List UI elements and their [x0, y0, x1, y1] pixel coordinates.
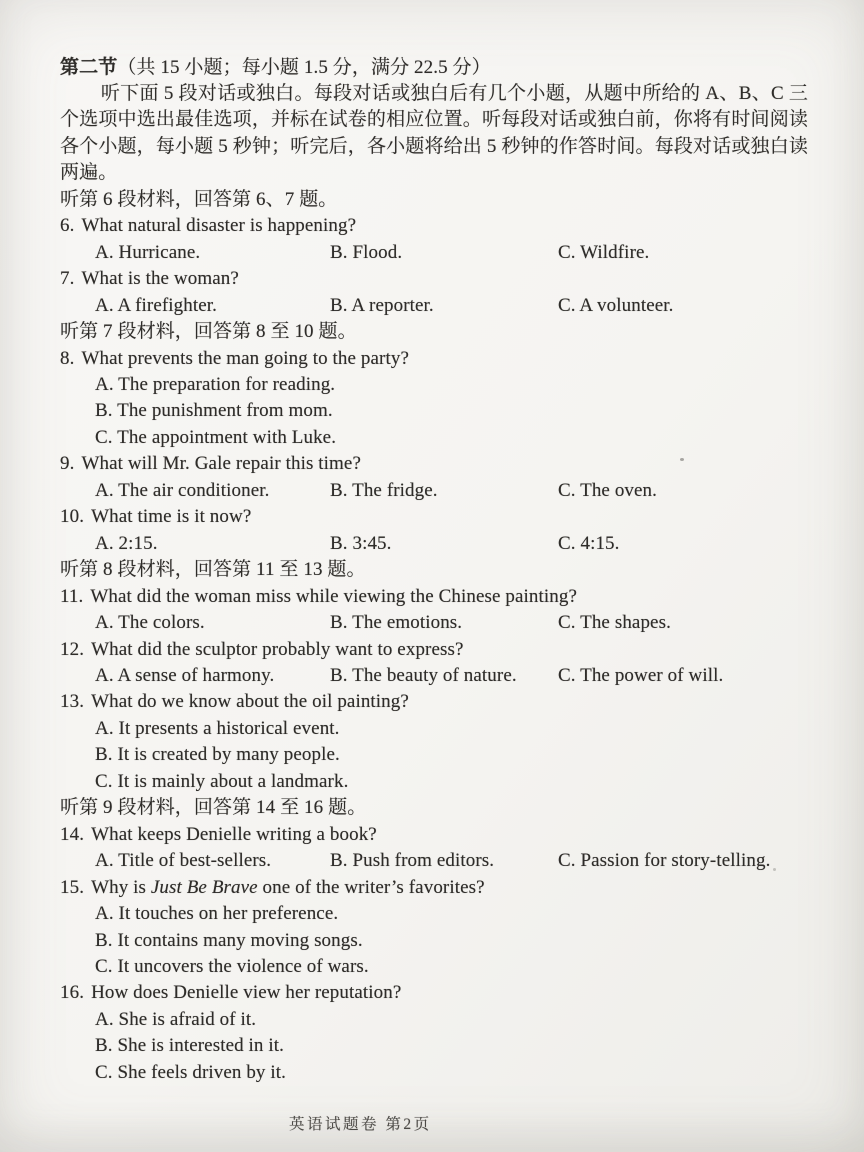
question-line: 8.What prevents the man going to the par…: [60, 346, 808, 372]
option-B: B. Push from editors.: [330, 848, 558, 874]
question-text: one of the writer’s favorites?: [258, 877, 485, 898]
scanned-exam-page: 第二节（共 15 小题；每小题 1.5 分，满分 22.5 分） 听下面 5 段…: [0, 0, 864, 1152]
question-number: 7.: [60, 268, 74, 289]
section-heading-detail: （共 15 小题；每小题 1.5 分，满分 22.5 分）: [117, 57, 490, 78]
section-heading-prefix: 第二节: [60, 57, 117, 78]
listening-body: 听第 6 段材料，回答第 6、7 题。6.What natural disast…: [60, 187, 808, 1086]
option-A: A. The preparation for reading.: [60, 372, 808, 398]
option-A: A. A firefighter.: [95, 293, 330, 319]
option-B: B. The beauty of nature.: [330, 663, 558, 689]
option-C: C. The shapes.: [558, 610, 671, 636]
question-line: 6.What natural disaster is happening?: [60, 213, 808, 239]
page-footer: 英语试题卷 第2页: [289, 1112, 432, 1134]
question-line: 10.What time is it now?: [60, 504, 808, 530]
question-number: 8.: [60, 348, 74, 369]
option-C: C. A volunteer.: [558, 293, 674, 319]
options-row: A. A sense of harmony.B. The beauty of n…: [60, 663, 808, 689]
question-number: 9.: [60, 453, 74, 474]
options-row: A. Hurricane.B. Flood.C. Wildfire.: [60, 240, 808, 266]
option-A: A. Title of best-sellers.: [95, 848, 330, 874]
question-number: 6.: [60, 215, 74, 236]
option-A: A. It presents a historical event.: [60, 716, 808, 742]
option-B: B. It contains many moving songs.: [60, 928, 808, 954]
question-text: What prevents the man going to the party…: [81, 348, 409, 369]
question-line: 7.What is the woman?: [60, 266, 808, 292]
option-C: C. 4:15.: [558, 531, 620, 557]
question-number: 12.: [60, 639, 84, 660]
option-B: B. Flood.: [330, 240, 558, 266]
options-row: A. Title of best-sellers.B. Push from ed…: [60, 848, 808, 874]
question-line: 16.How does Denielle view her reputation…: [60, 980, 808, 1006]
option-B: B. The punishment from mom.: [60, 398, 808, 424]
option-C: C. It is mainly about a landmark.: [60, 769, 808, 795]
question-text: What do we know about the oil painting?: [91, 691, 409, 712]
option-B: B. The fridge.: [330, 478, 558, 504]
question-line: 15.Why is Just Be Brave one of the write…: [60, 875, 808, 901]
question-line: 12.What did the sculptor probably want t…: [60, 637, 808, 663]
option-B: B. The emotions.: [330, 610, 558, 636]
material-note: 听第 6 段材料，回答第 6、7 题。: [60, 187, 808, 213]
question-number: 13.: [60, 691, 84, 712]
question-number: 16.: [60, 982, 84, 1003]
option-A: A. The air conditioner.: [95, 478, 330, 504]
question-text: What is the woman?: [81, 268, 238, 289]
option-A: A. Hurricane.: [95, 240, 330, 266]
question-text: How does Denielle view her reputation?: [91, 982, 401, 1003]
option-C: C. Wildfire.: [558, 240, 649, 266]
question-text: What time is it now?: [91, 506, 251, 527]
question-text: What did the sculptor probably want to e…: [91, 639, 463, 660]
scan-speck: [773, 868, 776, 871]
options-row: A. The colors.B. The emotions.C. The sha…: [60, 610, 808, 636]
question-number: 14.: [60, 824, 84, 845]
options-row: A. A firefighter.B. A reporter.C. A volu…: [60, 293, 808, 319]
option-A: A. A sense of harmony.: [95, 663, 330, 689]
option-B: B. 3:45.: [330, 531, 558, 557]
question-line: 14.What keeps Denielle writing a book?: [60, 822, 808, 848]
option-C: C. The appointment with Luke.: [60, 425, 808, 451]
page-content: 第二节（共 15 小题；每小题 1.5 分，满分 22.5 分） 听下面 5 段…: [60, 54, 808, 1086]
question-text: Just Be Brave: [151, 877, 258, 898]
question-line: 9.What will Mr. Gale repair this time?: [60, 451, 808, 477]
question-line: 11.What did the woman miss while viewing…: [60, 584, 808, 610]
option-C: C. Passion for story-telling.: [558, 848, 770, 874]
option-C: C. She feels driven by it.: [60, 1060, 808, 1086]
question-text: What natural disaster is happening?: [81, 215, 356, 236]
question-text: What keeps Denielle writing a book?: [91, 824, 377, 845]
question-line: 13.What do we know about the oil paintin…: [60, 689, 808, 715]
question-text: What did the woman miss while viewing th…: [90, 586, 577, 607]
section-heading: 第二节（共 15 小题；每小题 1.5 分，满分 22.5 分）: [60, 54, 808, 81]
option-C: C. It uncovers the violence of wars.: [60, 954, 808, 980]
option-B: B. It is created by many people.: [60, 742, 808, 768]
option-A: A. 2:15.: [95, 531, 330, 557]
option-C: C. The power of will.: [558, 663, 723, 689]
question-number: 11.: [60, 586, 83, 607]
scan-speck: [680, 458, 684, 461]
options-row: A. The air conditioner.B. The fridge.C. …: [60, 478, 808, 504]
option-B: B. A reporter.: [330, 293, 558, 319]
material-note: 听第 7 段材料，回答第 8 至 10 题。: [60, 319, 808, 345]
material-note: 听第 8 段材料，回答第 11 至 13 题。: [60, 557, 808, 583]
question-number: 15.: [60, 877, 84, 898]
instructions-paragraph: 听下面 5 段对话或独白。每段对话或独白后有几个小题，从题中所给的 A、B、C …: [60, 81, 808, 187]
question-text: Why is: [91, 877, 151, 898]
question-text: What will Mr. Gale repair this time?: [81, 453, 361, 474]
material-note: 听第 9 段材料，回答第 14 至 16 题。: [60, 795, 808, 821]
option-A: A. It touches on her preference.: [60, 901, 808, 927]
option-A: A. The colors.: [95, 610, 330, 636]
option-A: A. She is afraid of it.: [60, 1007, 808, 1033]
option-C: C. The oven.: [558, 478, 657, 504]
option-B: B. She is interested in it.: [60, 1033, 808, 1059]
question-number: 10.: [60, 506, 84, 527]
options-row: A. 2:15.B. 3:45.C. 4:15.: [60, 531, 808, 557]
